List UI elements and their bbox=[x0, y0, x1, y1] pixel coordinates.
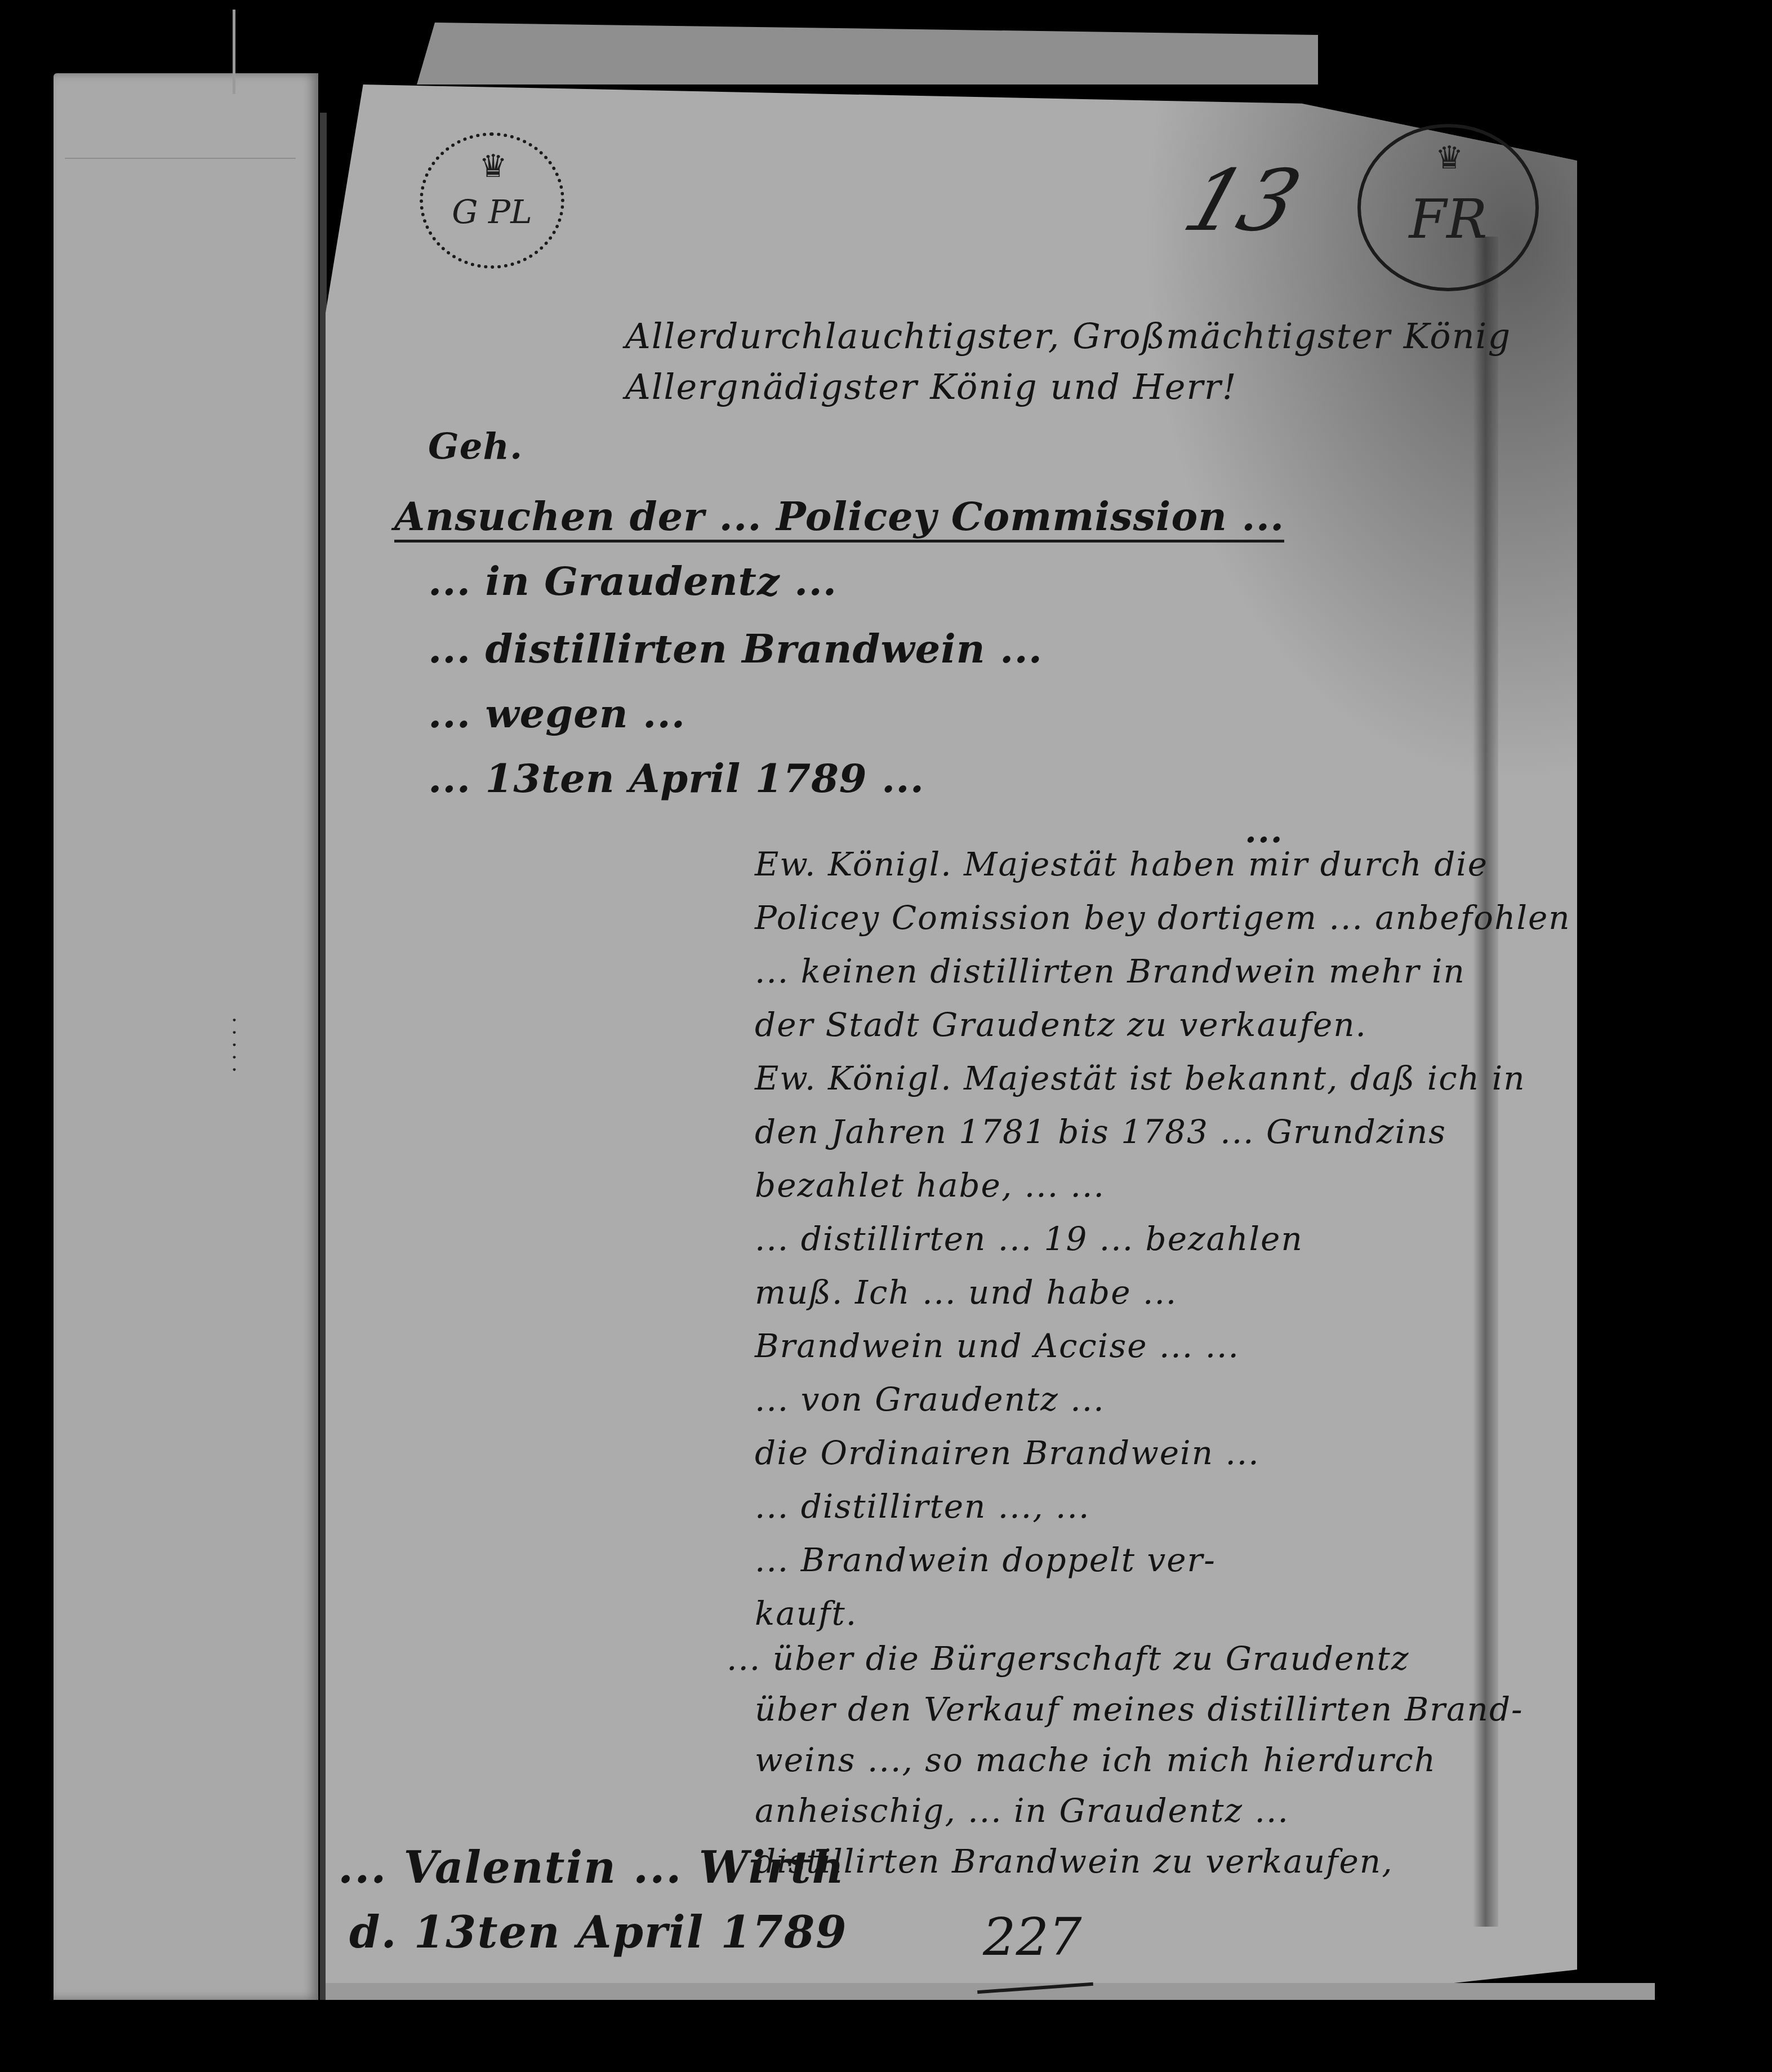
crown-icon: ♛ bbox=[1435, 140, 1461, 176]
body-line-3: ... keinen distillirten Brandwein mehr i… bbox=[755, 952, 1466, 990]
body-line-19: anheischig, ... in Graudentz ... bbox=[755, 1791, 1289, 1830]
body-line-11: ... von Graudentz ... bbox=[755, 1380, 1105, 1419]
body-line-6: den Jahren 1781 bis 1783 ... Grundzins bbox=[755, 1113, 1446, 1151]
body-line-4: der Stadt Graudentz zu verkaufen. bbox=[755, 1006, 1367, 1044]
seal-monogram-right: FR bbox=[1409, 188, 1488, 251]
body-line-12: die Ordinairen Brandwein ... bbox=[755, 1434, 1260, 1472]
seal-monogram-left: G PL bbox=[452, 193, 532, 231]
body-line-1: Ew. Königl. Majestät haben mir durch die bbox=[755, 845, 1488, 883]
body-line-13: ... distillirten ..., ... bbox=[755, 1487, 1090, 1526]
body-line-7: bezahlet habe, ... ... bbox=[755, 1166, 1105, 1204]
footer-sender: ... Valentin ... Wirth bbox=[338, 1842, 845, 1893]
subject-line-1: Ansuchen der ... Policey Commission ... bbox=[394, 493, 1284, 543]
body-line-16: ... über die Bürgerschaft zu Graudentz bbox=[727, 1639, 1409, 1678]
right-seal-stamp: ♛ FR bbox=[1357, 124, 1539, 291]
left-seal-stamp: ♛ G PL bbox=[420, 132, 564, 269]
salutation-line-1: Allerdurchlauchtigster, Großmächtigster … bbox=[625, 315, 1511, 357]
body-line-15: kauft. bbox=[755, 1594, 857, 1633]
subject-line-5: ... 13ten April 1789 ... bbox=[428, 755, 924, 802]
body-line-14: ... Brandwein doppelt ver- bbox=[755, 1541, 1216, 1579]
body-line-9: muß. Ich ... und habe ... bbox=[755, 1273, 1177, 1311]
salutation-line-2: Allergnädigster König und Herr! bbox=[625, 366, 1237, 407]
margin-dot-marks: ····· bbox=[231, 1014, 259, 1093]
body-line-8: ... distillirten ... 19 ... bezahlen bbox=[755, 1220, 1303, 1258]
subject-line-3: ... distillirten Brandwein ... bbox=[428, 625, 1043, 672]
crown-icon: ♛ bbox=[479, 148, 505, 185]
body-line-10: Brandwein und Accise ... ... bbox=[755, 1327, 1240, 1365]
left-page-leaf bbox=[54, 73, 318, 2000]
subject-heading: Geh. bbox=[428, 425, 523, 468]
pin-mark bbox=[233, 10, 235, 94]
footer-date: d. 13ten April 1789 bbox=[349, 1907, 848, 1958]
body-line-5: Ew. Königl. Majestät ist bekannt, daß ic… bbox=[755, 1059, 1526, 1097]
subject-line-2: ... in Graudentz ... bbox=[428, 558, 837, 604]
archive-number: 227 bbox=[983, 1907, 1082, 1967]
subject-line-4: ... wegen ... bbox=[428, 690, 685, 737]
top-folded-strip bbox=[417, 23, 1318, 85]
body-line-17: über den Verkauf meines distillirten Bra… bbox=[755, 1690, 1524, 1728]
body-line-2: Policey Comission bey dortigem ... anbef… bbox=[755, 899, 1571, 937]
body-line-18: weins ..., so mache ich mich hierdurch bbox=[755, 1741, 1436, 1779]
body-line-20: distillirten Brandwein zu verkaufen, bbox=[755, 1842, 1393, 1880]
